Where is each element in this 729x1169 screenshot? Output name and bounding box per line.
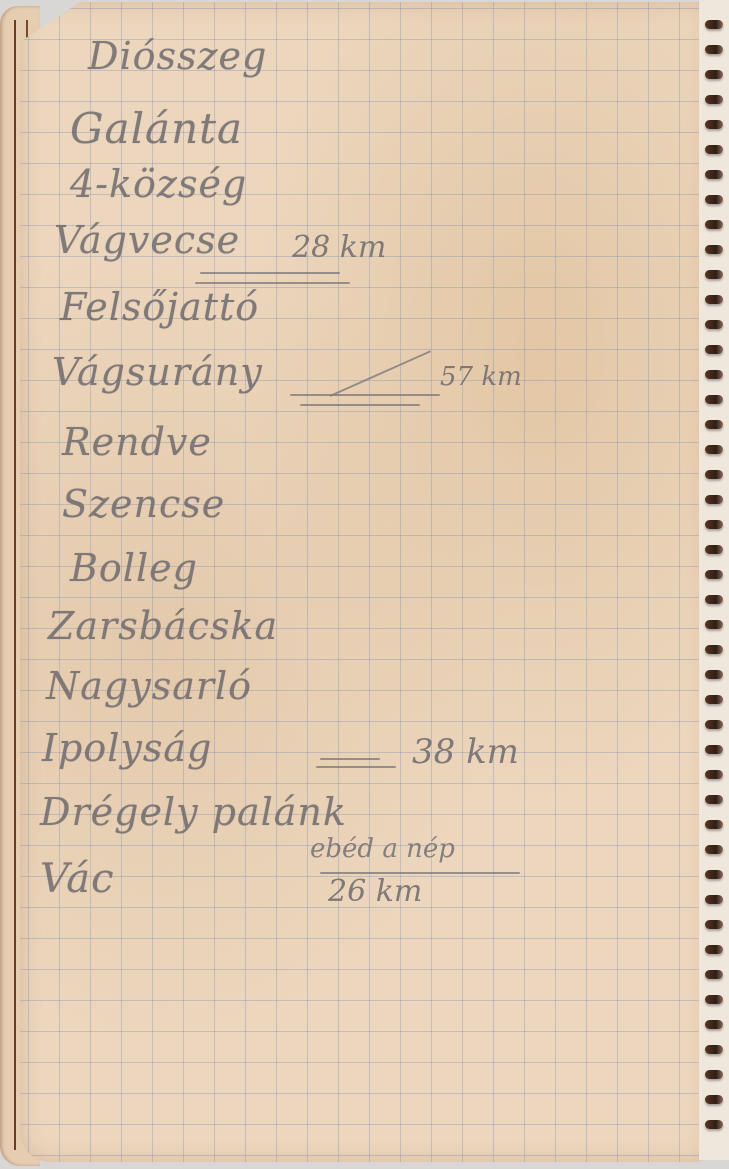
spiral-ring: [705, 1070, 723, 1079]
entry-place: Zarsbácska: [48, 604, 278, 648]
entry-place: Vágsurány: [52, 350, 263, 394]
spiral-ring: [705, 895, 723, 904]
entry-distance: 57 km: [440, 362, 522, 392]
spiral-ring: [705, 445, 723, 454]
spiral-ring: [705, 945, 723, 954]
spiral-ring: [705, 695, 723, 704]
entry-place: Ipolyság: [42, 726, 212, 770]
entry-place: Drégely palánk: [40, 790, 347, 834]
spiral-ring: [705, 120, 723, 129]
spiral-binding: [699, 0, 729, 1160]
spiral-ring: [705, 1020, 723, 1029]
distance-underline: [195, 282, 350, 284]
entry-place: Felsőjattó: [60, 285, 259, 329]
entry-place: Galánta: [70, 104, 243, 153]
spiral-ring: [705, 820, 723, 829]
spiral-ring: [705, 245, 723, 254]
spiral-ring: [705, 195, 723, 204]
entry-place: Vágvecse: [54, 218, 240, 262]
spiral-ring: [705, 395, 723, 404]
spiral-ring: [705, 270, 723, 279]
spiral-ring: [705, 995, 723, 1004]
entry-place: Szencse: [62, 482, 225, 526]
spiral-ring: [705, 795, 723, 804]
spiral-ring: [705, 1045, 723, 1054]
spiral-ring: [705, 345, 723, 354]
spiral-ring: [705, 870, 723, 879]
spiral-ring: [705, 20, 723, 29]
spiral-ring: [705, 520, 723, 529]
entry-place: Diósszeg: [88, 34, 267, 78]
spiral-ring: [705, 745, 723, 754]
spiral-ring: [705, 720, 723, 729]
entry-place: Bolleg: [70, 546, 198, 590]
entry-distance: 38 km: [412, 732, 519, 772]
spiral-ring: [705, 1120, 723, 1129]
entry-place: Vác: [40, 856, 114, 902]
spiral-ring: [705, 220, 723, 229]
spiral-ring: [705, 620, 723, 629]
distance-dash: [320, 758, 380, 760]
entry-place: Rendve: [62, 420, 212, 464]
spiral-ring: [705, 645, 723, 654]
entry-distance: 28 km: [292, 230, 386, 265]
spiral-ring: [705, 170, 723, 179]
spiral-ring: [705, 545, 723, 554]
spiral-ring: [705, 845, 723, 854]
spiral-ring: [705, 770, 723, 779]
spiral-ring: [705, 70, 723, 79]
distance-underline: [290, 394, 440, 396]
spiral-ring: [705, 45, 723, 54]
entry-place: 4-község: [70, 162, 247, 206]
distance-underline: [300, 404, 420, 406]
spiral-ring: [705, 920, 723, 929]
spiral-ring: [705, 95, 723, 104]
spiral-ring: [705, 595, 723, 604]
spiral-ring: [705, 295, 723, 304]
entry-distance: 26 km: [328, 874, 422, 909]
distance-underline: [200, 272, 340, 274]
spiral-ring: [705, 320, 723, 329]
spiral-ring: [705, 470, 723, 479]
entry-place: Nagysarló: [46, 664, 252, 708]
spiral-ring: [705, 570, 723, 579]
spiral-ring: [705, 970, 723, 979]
spiral-ring: [705, 1095, 723, 1104]
spiral-ring: [705, 370, 723, 379]
entry-note: ebéd a nép: [310, 834, 455, 864]
spiral-ring: [705, 495, 723, 504]
spiral-ring: [705, 670, 723, 679]
distance-dash: [316, 766, 396, 768]
spiral-ring: [705, 420, 723, 429]
spiral-ring: [705, 145, 723, 154]
